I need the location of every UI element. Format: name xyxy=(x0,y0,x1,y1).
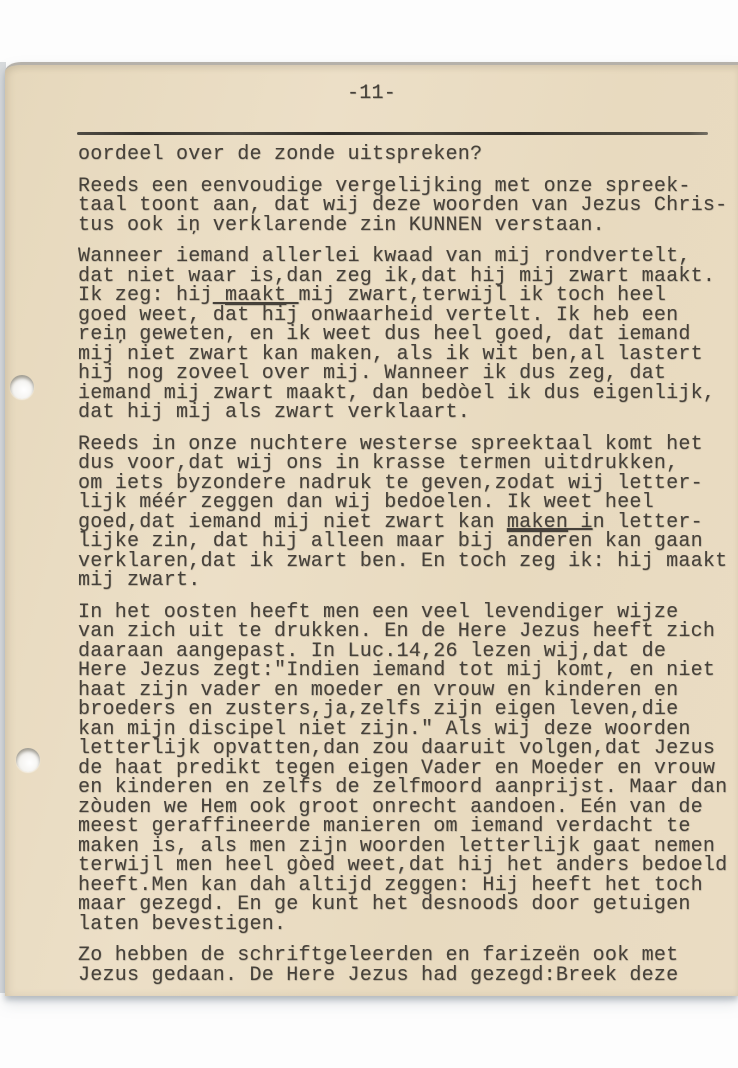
text-line: tus ook iņ verklarende zin KUNNEN versta… xyxy=(78,216,738,236)
paragraph: In het oosten heeft men een veel levendi… xyxy=(78,603,738,935)
punch-hole-top xyxy=(10,375,34,399)
document-text: oordeel over de zonde uitspreken?Reeds e… xyxy=(78,145,738,985)
paragraph: Reeds een eenvoudige vergelijking met on… xyxy=(78,177,738,236)
text-line: mij zwart. xyxy=(78,571,738,591)
paragraph: Wanneer iemand allerlei kwaad van mij ro… xyxy=(78,247,738,423)
page-number: -11- xyxy=(5,84,738,104)
text-line: laten bevestigen. xyxy=(78,915,738,935)
text-line: dat hij mij als zwart verklaart. xyxy=(78,403,738,423)
paragraph: Reeds in onze nuchtere westerse spreekta… xyxy=(78,435,738,591)
divider-rule xyxy=(77,132,708,135)
paper-sheet: -11- oordeel over de zonde uitspreken?Re… xyxy=(5,62,738,996)
punch-hole-bottom xyxy=(16,748,40,772)
paragraph: oordeel over de zonde uitspreken? xyxy=(78,145,738,165)
paragraph: Zo hebben de schriftgeleerden en farizeë… xyxy=(78,946,738,985)
text-line: oordeel over de zonde uitspreken? xyxy=(78,145,738,165)
text-line: Jezus gedaan. De Here Jezus had gezegd:B… xyxy=(78,966,738,986)
